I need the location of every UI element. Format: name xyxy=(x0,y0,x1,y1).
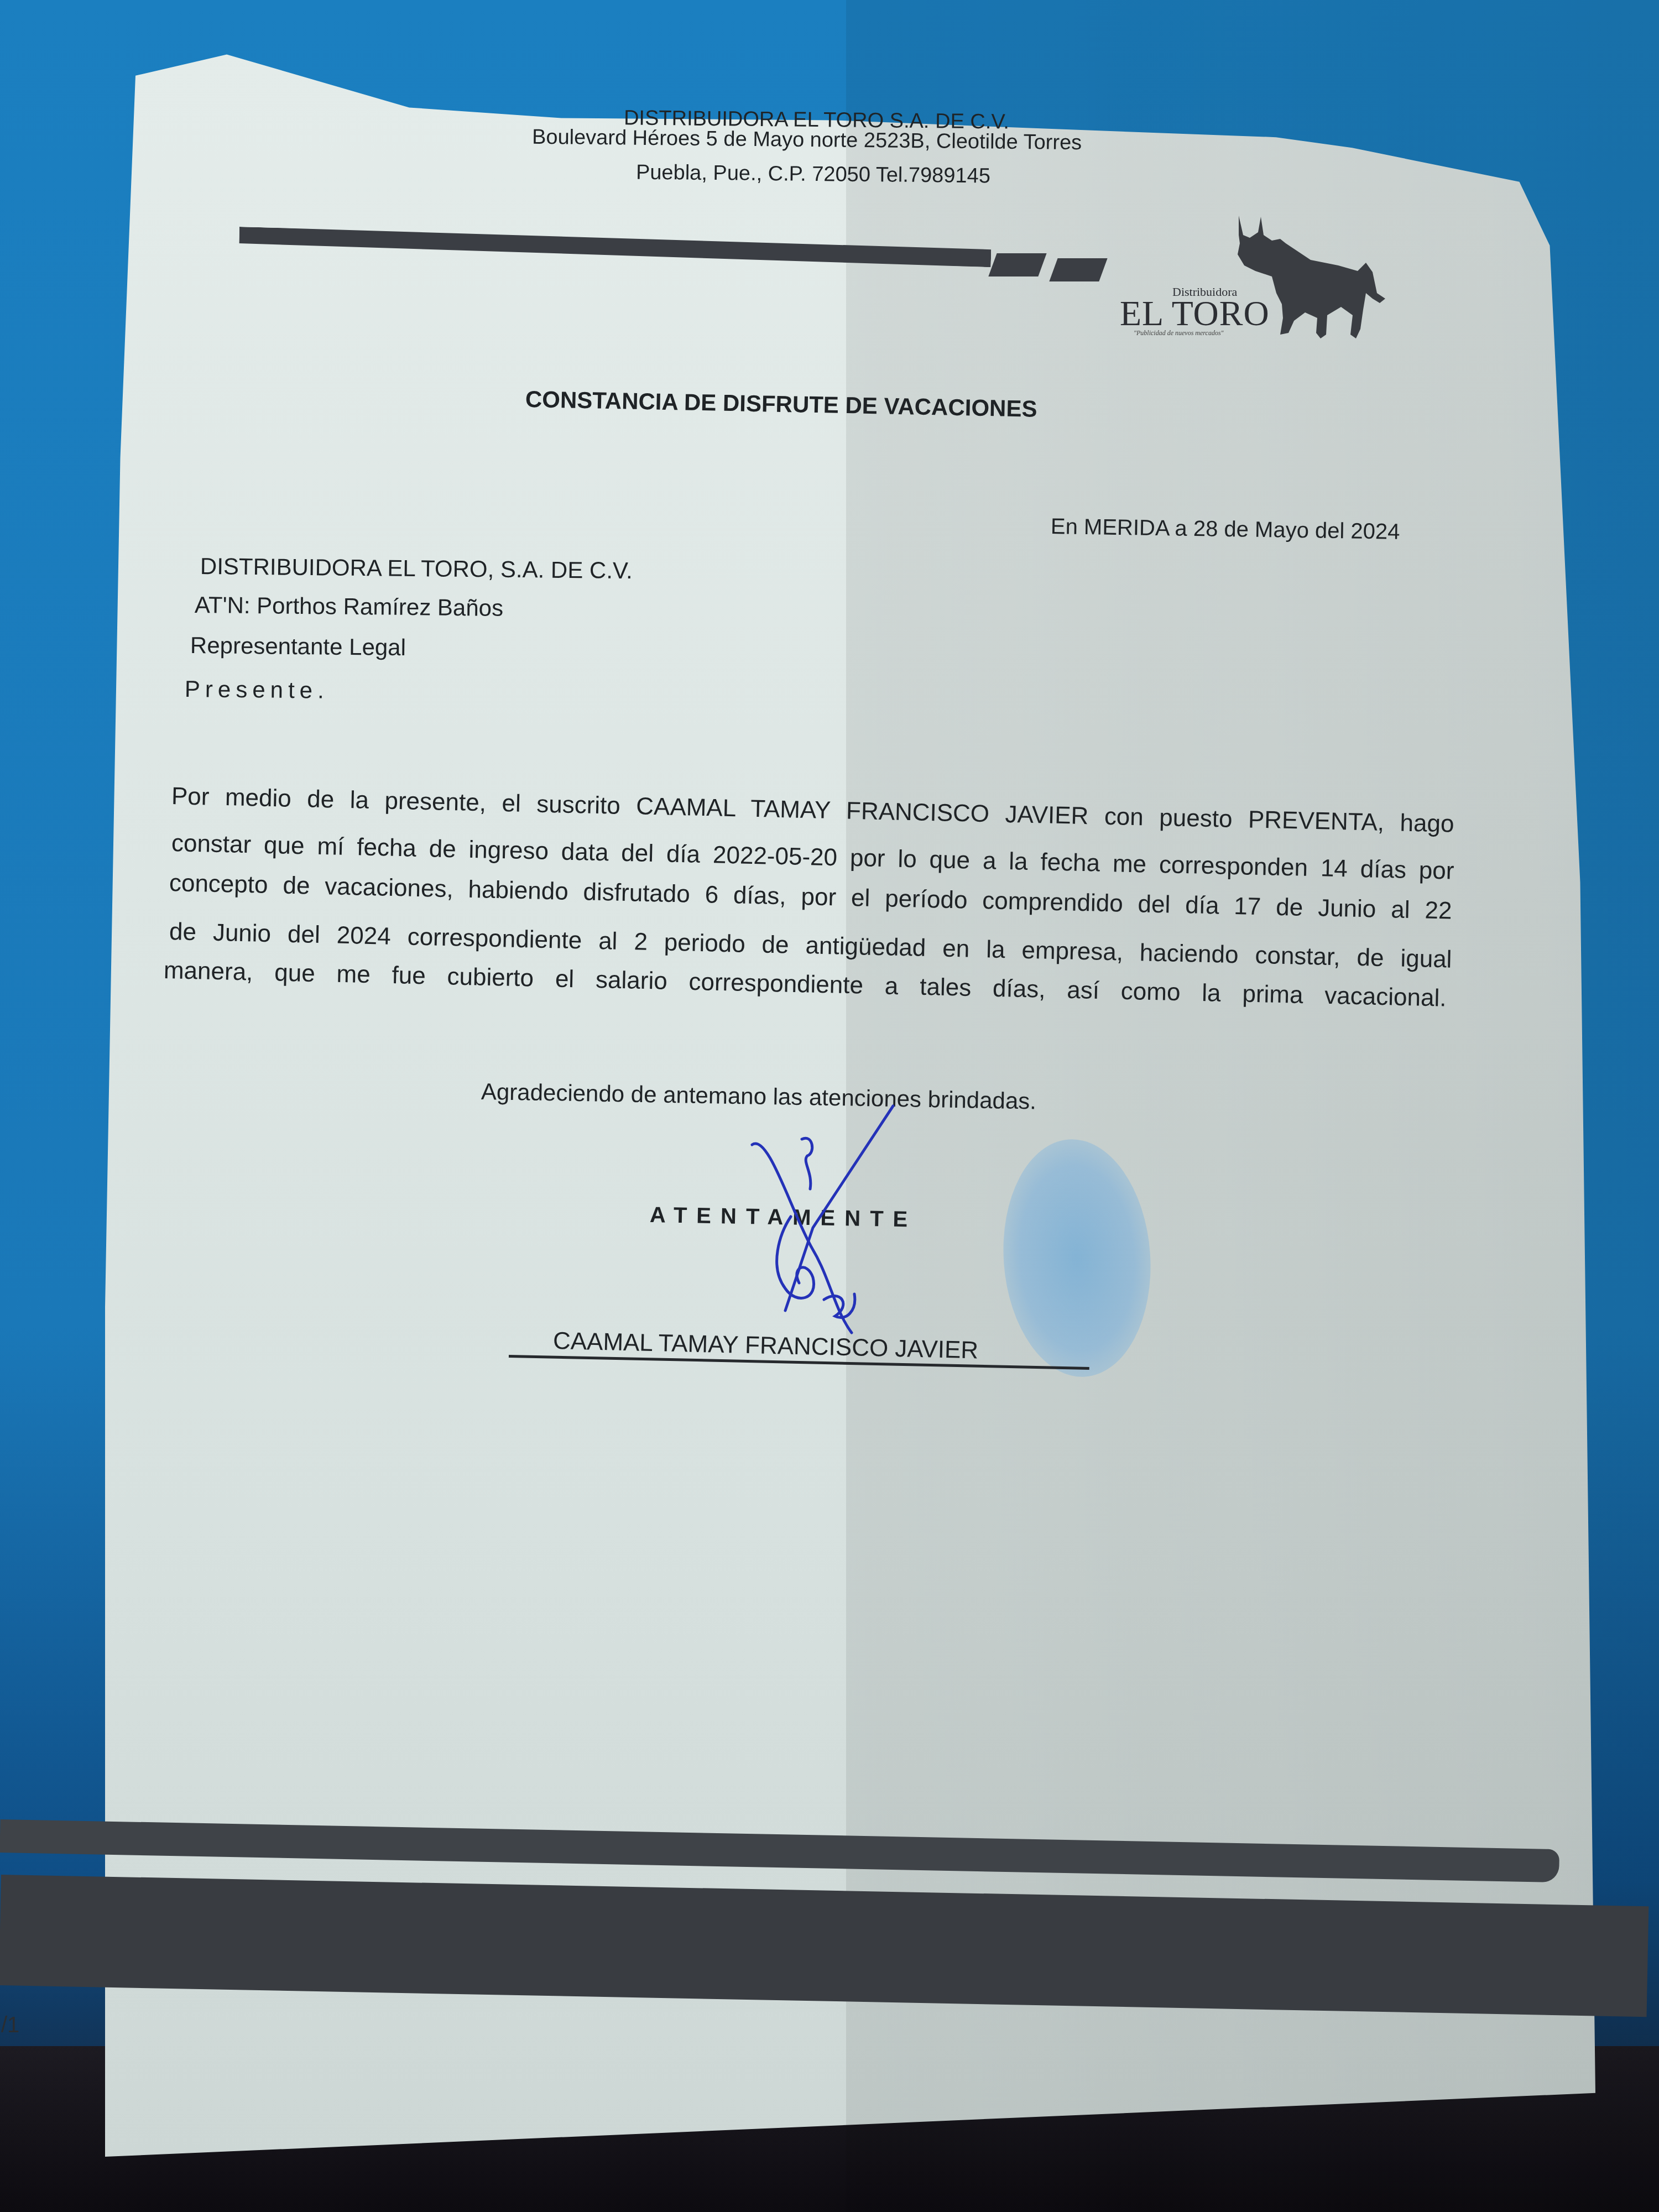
recipient-greeting: Presente. xyxy=(185,676,329,704)
recipient-attention: AT'N: Porthos Ramírez Baños xyxy=(195,592,504,622)
logo-tagline: "Publicidad de nuevos mercados" xyxy=(1134,329,1224,337)
header-stripe-segment xyxy=(1049,258,1107,281)
company-logo: Distribuidora EL TORO "Publicidad de nue… xyxy=(1117,210,1394,343)
recipient-company: DISTRIBUIDORA EL TORO, S.A. DE C.V. xyxy=(200,553,633,584)
handwritten-signature xyxy=(747,1100,912,1349)
recipient-role: Representante Legal xyxy=(190,632,406,661)
bull-icon xyxy=(1228,210,1394,343)
page-number: /1 xyxy=(1,2013,19,2038)
header-stripe-segment xyxy=(988,253,1046,276)
company-city-phone: Puebla, Pue., C.P. 72050 Tel.7989145 xyxy=(636,161,990,189)
